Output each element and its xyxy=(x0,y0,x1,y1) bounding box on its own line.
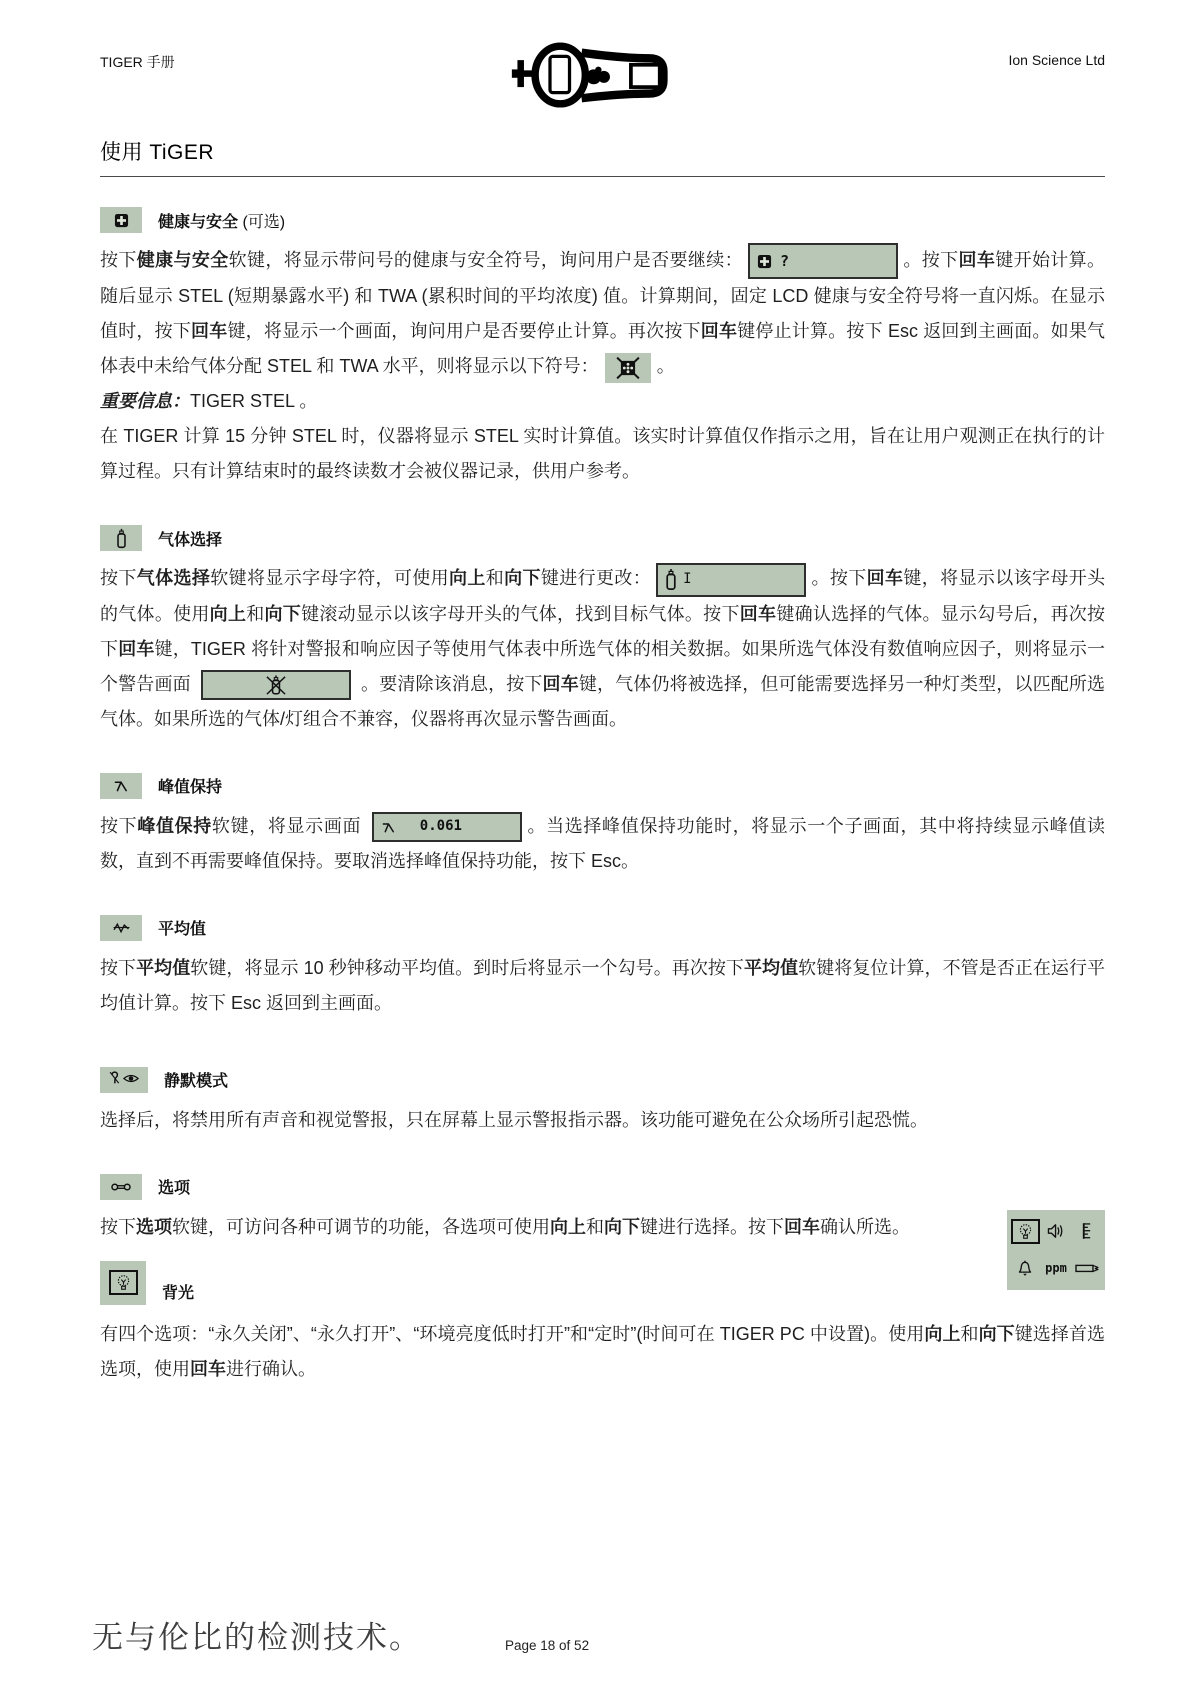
health-safety-cross-icon xyxy=(100,207,142,233)
gas-select-paragraph: 按下气体选择软键将显示字母字符，可使用向上和向下键进行更改：I。按下回车键，将显… xyxy=(100,561,1105,736)
title-divider xyxy=(100,176,1105,177)
sound-speaker-icon xyxy=(1047,1223,1065,1239)
gas-select-lcd: I xyxy=(656,563,806,597)
bulb-icon xyxy=(109,1270,138,1295)
options-paragraph: 按下选项软键，可访问各种可调节的功能，各选项可使用向上和向下键进行选择。按下回车… xyxy=(100,1210,1105,1245)
alarm-bell-icon xyxy=(1017,1260,1033,1277)
ear-icon xyxy=(109,1070,120,1090)
section-title: 选项 xyxy=(158,1175,190,1198)
options-screen-lcd: ppm xyxy=(1007,1210,1105,1290)
section-title: 静默模式 xyxy=(164,1068,228,1091)
page-title: 使用 TiGER xyxy=(100,136,1105,166)
manual-page: { "header": {"left": "TIGER 手册", "right"… xyxy=(0,0,1200,1698)
section-backlight: 背光 xyxy=(100,1261,985,1305)
section-title: 峰值保持 xyxy=(158,774,222,797)
section-title: 健康与安全 (可选) xyxy=(158,209,285,232)
footer-tagline: 无与伦比的检测技术。 xyxy=(92,1612,422,1657)
section-gas-select: 气体选择 xyxy=(100,525,1105,551)
gas-cylinder-icon xyxy=(100,525,142,551)
important-note: 重要信息：TIGER STEL 。 xyxy=(100,384,1105,419)
peak-hold-icon xyxy=(100,773,142,799)
backlight-paragraph: 有四个选项：“永久关闭”、“永久打开”、“环境亮度低时打开”和“定时”(时间可在… xyxy=(100,1317,1105,1387)
page-header: TIGER 手册 Ion Science Ltd xyxy=(100,0,1105,110)
health-safety-paragraph: 按下健康与安全软键，将显示带问号的健康与安全符号，询问用户是否要继续：?。按下回… xyxy=(100,243,1105,384)
tiger-device-logo xyxy=(510,40,696,110)
stealth-mode-icon xyxy=(100,1067,148,1093)
header-doc-title: TIGER 手册 xyxy=(100,52,510,72)
health-prompt-lcd: ? xyxy=(748,243,898,279)
section-average: 平均值 xyxy=(100,915,1105,941)
stealth-paragraph: 选择后，将禁用所有声音和视觉警报，只在屏幕上显示警报指示器。该功能可避免在公众场… xyxy=(100,1103,1105,1138)
battery-icon xyxy=(1075,1263,1099,1274)
units-label: ppm xyxy=(1045,1262,1067,1274)
backlight-bulb-icon xyxy=(1011,1219,1040,1244)
section-title: 气体选择 xyxy=(158,527,222,550)
eye-icon xyxy=(123,1071,139,1089)
gas-warning-lcd xyxy=(201,670,351,700)
section-title: 背光 xyxy=(162,1280,194,1305)
section-peak-hold: 峰值保持 xyxy=(100,773,1105,799)
page-number: Page 18 of 52 xyxy=(505,1638,589,1653)
stel-paragraph: 在 TIGER 计算 15 分钟 STEL 时，仪器将显示 STEL 实时计算值… xyxy=(100,419,1105,489)
section-options: 选项 xyxy=(100,1174,1105,1200)
header-company: Ion Science Ltd xyxy=(696,52,1106,68)
section-stealth-mode: 静默模式 xyxy=(100,1067,1105,1093)
backlight-bulb-icon xyxy=(100,1261,146,1305)
section-health-safety: 健康与安全 (可选) xyxy=(100,207,1105,233)
peak-hold-paragraph: 按下峰值保持软键，将显示画面 0.061。当选择峰值保持功能时，将显示一个子画面… xyxy=(100,809,1105,879)
average-paragraph: 按下平均值软键，将显示 10 秒钟移动平均值。到时后将显示一个勾号。再次按下平均… xyxy=(100,951,1105,1021)
average-icon xyxy=(100,915,142,941)
calibration-ruler-icon xyxy=(1081,1222,1092,1240)
options-wrench-icon xyxy=(100,1174,142,1200)
options-paragraph-wrap: ppm 按下选项软键，可访问各种可调节的功能，各选项可使用向上和向下键进行选择。… xyxy=(100,1210,1105,1245)
section-title: 平均值 xyxy=(158,916,206,939)
peak-lcd: 0.061 xyxy=(372,812,522,842)
no-stel-chip xyxy=(605,353,651,383)
